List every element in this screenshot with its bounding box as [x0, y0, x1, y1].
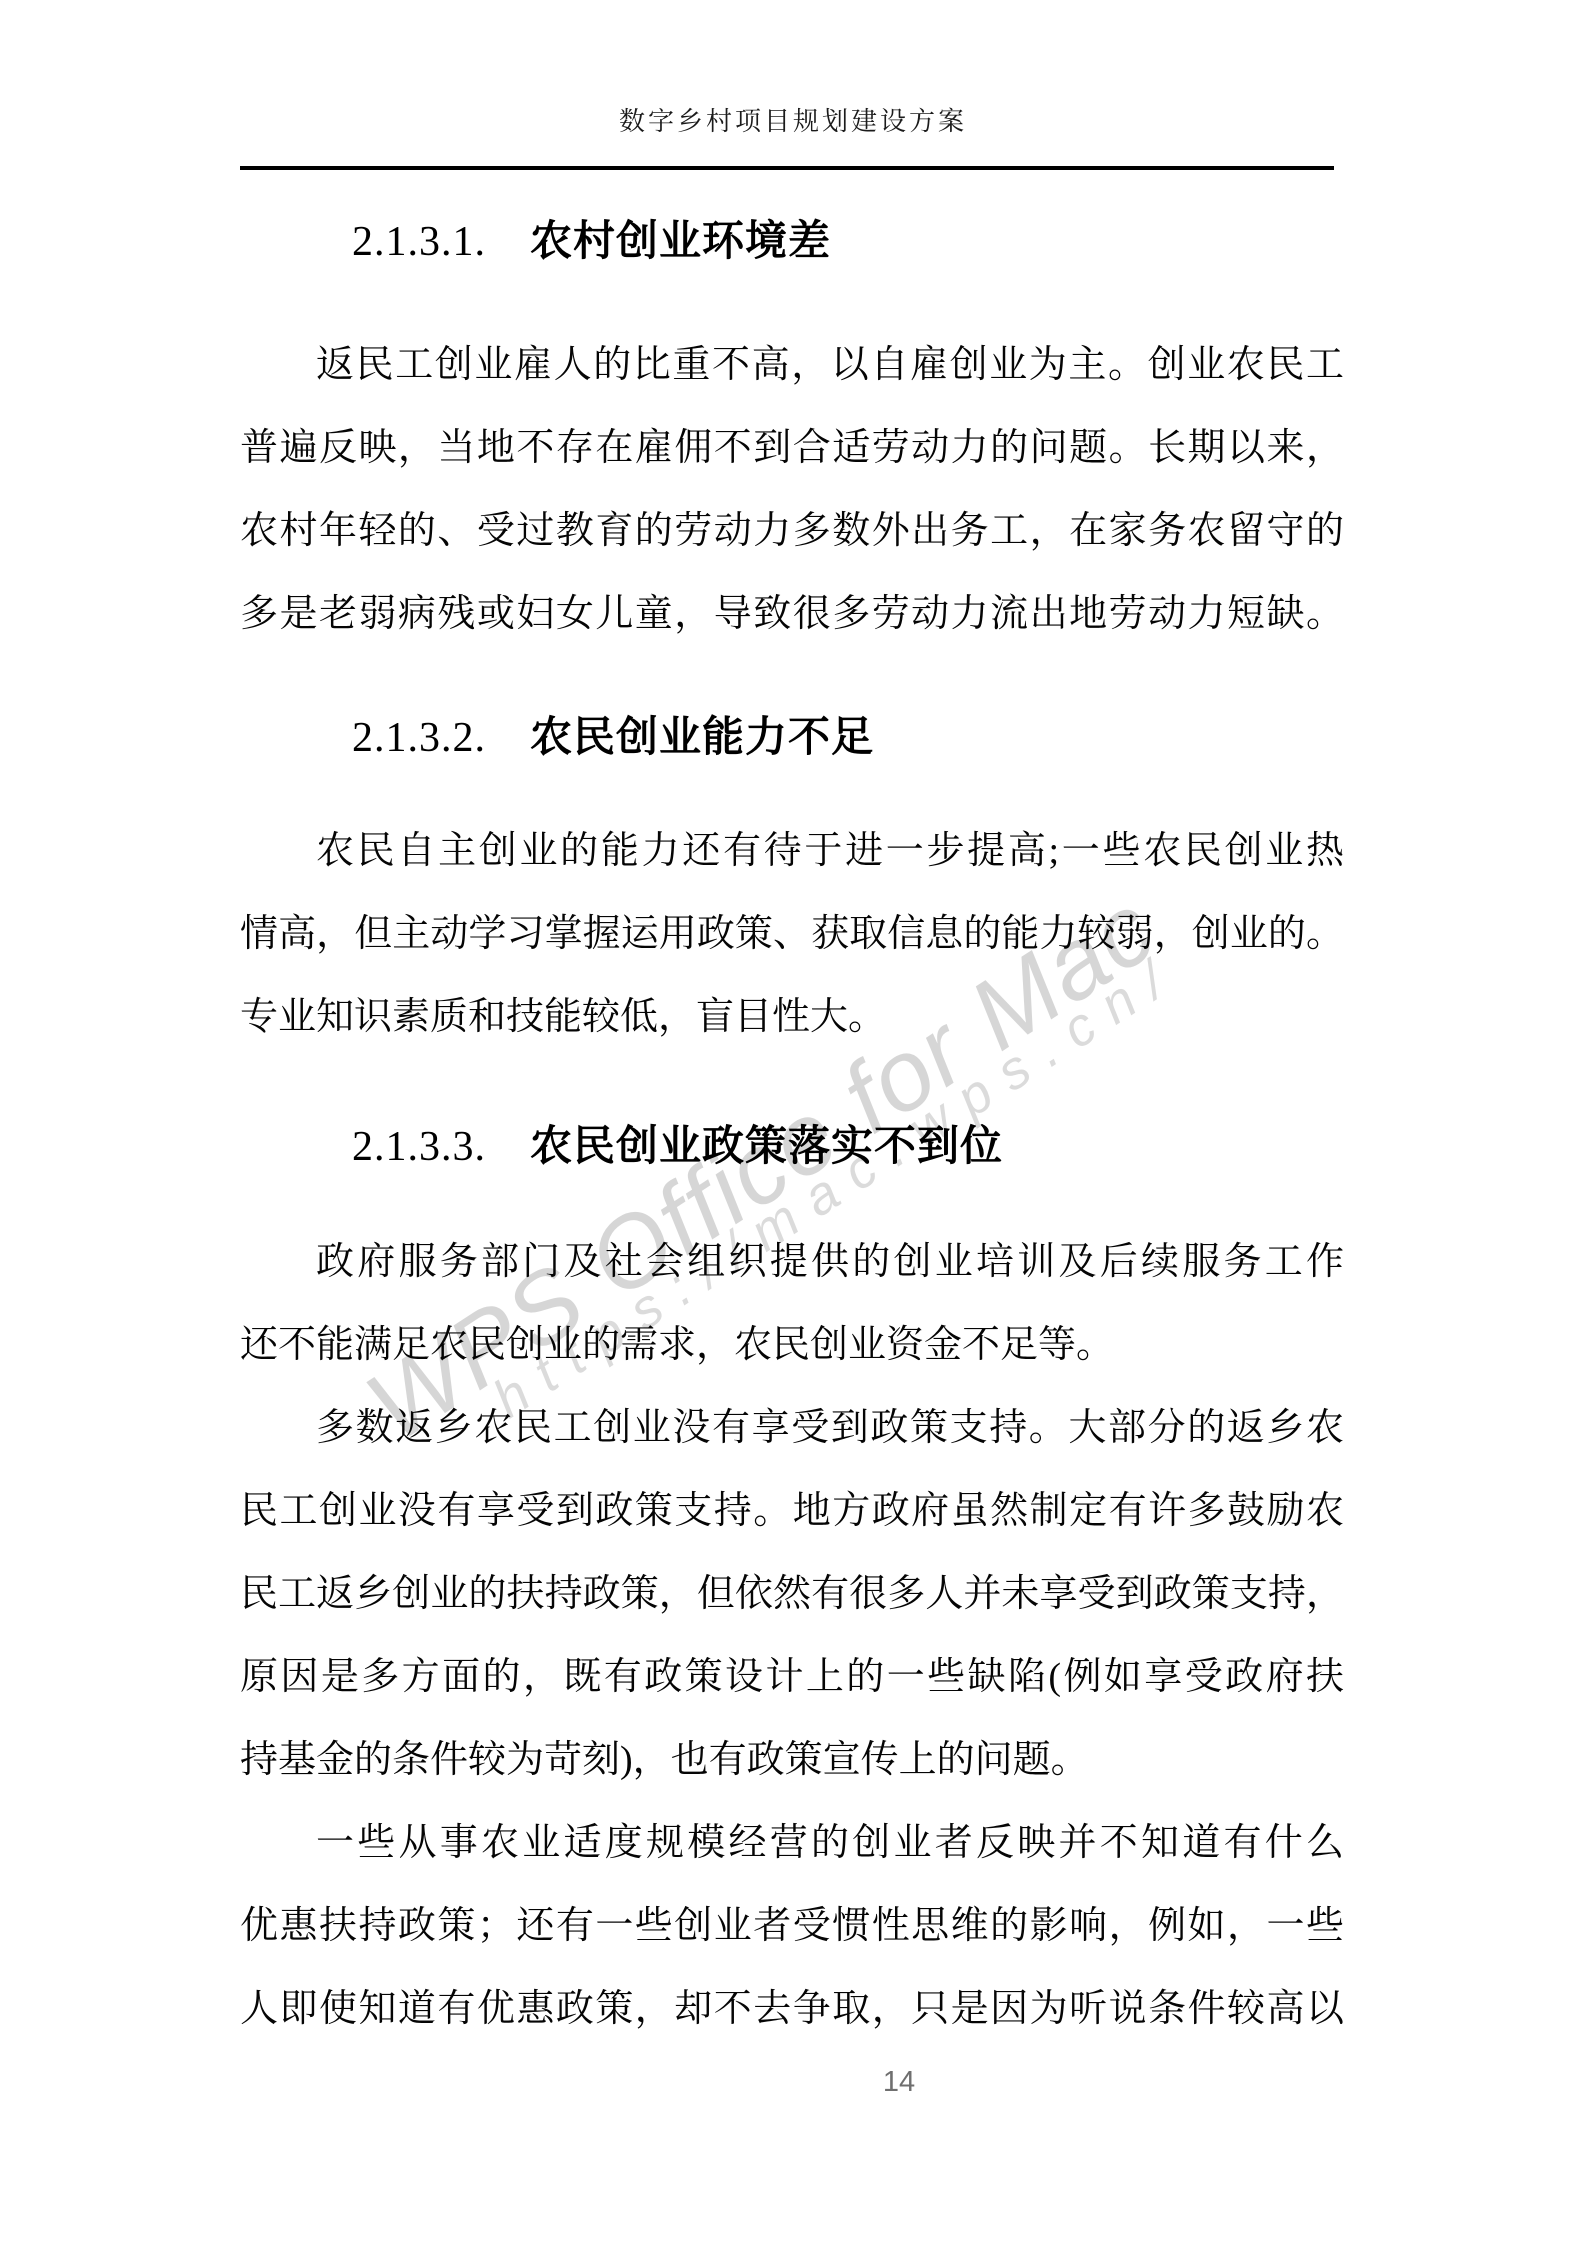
paragraph: 农民自主创业的能力还有待于进一步提高;一些农民创业热情高，但主动学习掌握运用政策…: [240, 810, 1344, 1059]
section-heading: 2.1.3.1.农村创业环境差: [352, 212, 1344, 271]
section-heading: 2.1.3.3.农民创业政策落实不到位: [352, 1117, 1344, 1176]
section-title: 农民创业政策落实不到位: [530, 1122, 1003, 1169]
text-line: 民工创业没有享受到政策支持。地方政府虽然制定有许多鼓励农: [240, 1470, 1344, 1553]
section-number: 2.1.3.1.: [352, 219, 486, 265]
document-body: 2.1.3.1.农村创业环境差返民工创业雇人的比重不高，以自雇创业为主。创业农民…: [240, 212, 1344, 2051]
text-line: 原因是多方面的，既有政策设计上的一些缺陷(例如享受政府扶: [240, 1636, 1344, 1719]
section-body: 政府服务部门及社会组织提供的创业培训及后续服务工作还不能满足农民创业的需求，农民…: [240, 1221, 1344, 2051]
section-body: 返民工创业雇人的比重不高，以自雇创业为主。创业农民工普遍反映，当地不存在雇佣不到…: [240, 324, 1344, 656]
text-line: 返民工创业雇人的比重不高，以自雇创业为主。创业农民工: [240, 324, 1344, 407]
section-title: 农民创业能力不足: [530, 713, 874, 760]
text-line: 农村年轻的、受过教育的劳动力多数外出务工，在家务农留守的: [240, 490, 1344, 573]
text-line: 多数返乡农民工创业没有享受到政策支持。大部分的返乡农: [240, 1387, 1344, 1470]
page-number: 14: [883, 2062, 915, 2102]
text-line: 普遍反映，当地不存在雇佣不到合适劳动力的问题。长期以来，: [240, 407, 1344, 490]
paragraph: 多数返乡农民工创业没有享受到政策支持。大部分的返乡农民工创业没有享受到政策支持。…: [240, 1387, 1344, 1802]
document-content: 数字乡村项目规划建设方案 2.1.3.1.农村创业环境差返民工创业雇人的比重不高…: [0, 0, 1586, 2051]
text-line: 政府服务部门及社会组织提供的创业培训及后续服务工作: [240, 1221, 1344, 1304]
paragraph: 政府服务部门及社会组织提供的创业培训及后续服务工作还不能满足农民创业的需求，农民…: [240, 1221, 1344, 1387]
text-line: 还不能满足农民创业的需求，农民创业资金不足等。: [240, 1304, 1344, 1387]
text-line: 民工返乡创业的扶持政策，但依然有很多人并未享受到政策支持，: [240, 1553, 1344, 1636]
text-line: 农民自主创业的能力还有待于进一步提高;一些农民创业热: [240, 810, 1344, 893]
text-line: 持基金的条件较为苛刻)，也有政策宣传上的问题。: [240, 1719, 1344, 1802]
text-line: 多是老弱病残或妇女儿童，导致很多劳动力流出地劳动力短缺。: [240, 573, 1344, 656]
text-line: 优惠扶持政策；还有一些创业者受惯性思维的影响，例如，一些: [240, 1885, 1344, 1968]
paragraph: 一些从事农业适度规模经营的创业者反映并不知道有什么优惠扶持政策；还有一些创业者受…: [240, 1802, 1344, 2051]
document-page: WPS Office for Mac https://mac.wps.cn/ 数…: [0, 0, 1586, 2244]
header-rule: [240, 166, 1334, 170]
text-line: 一些从事农业适度规模经营的创业者反映并不知道有什么: [240, 1802, 1344, 1885]
section: 2.1.3.1.农村创业环境差返民工创业雇人的比重不高，以自雇创业为主。创业农民…: [240, 212, 1344, 656]
section: 2.1.3.3.农民创业政策落实不到位政府服务部门及社会组织提供的创业培训及后续…: [240, 1117, 1344, 2051]
section-number: 2.1.3.2.: [352, 715, 486, 761]
text-line: 人即使知道有优惠政策，却不去争取，只是因为听说条件较高以: [240, 1968, 1344, 2051]
page-header-title: 数字乡村项目规划建设方案: [0, 0, 1586, 140]
section-body: 农民自主创业的能力还有待于进一步提高;一些农民创业热情高，但主动学习掌握运用政策…: [240, 810, 1344, 1059]
paragraph: 返民工创业雇人的比重不高，以自雇创业为主。创业农民工普遍反映，当地不存在雇佣不到…: [240, 324, 1344, 656]
section: 2.1.3.2.农民创业能力不足农民自主创业的能力还有待于进一步提高;一些农民创…: [240, 708, 1344, 1059]
section-heading: 2.1.3.2.农民创业能力不足: [352, 708, 1344, 767]
section-number: 2.1.3.3.: [352, 1124, 486, 1170]
section-title: 农村创业环境差: [530, 217, 831, 264]
text-line: 专业知识素质和技能较低，盲目性大。: [240, 976, 1344, 1059]
text-line: 情高，但主动学习掌握运用政策、获取信息的能力较弱，创业的。: [240, 893, 1344, 976]
